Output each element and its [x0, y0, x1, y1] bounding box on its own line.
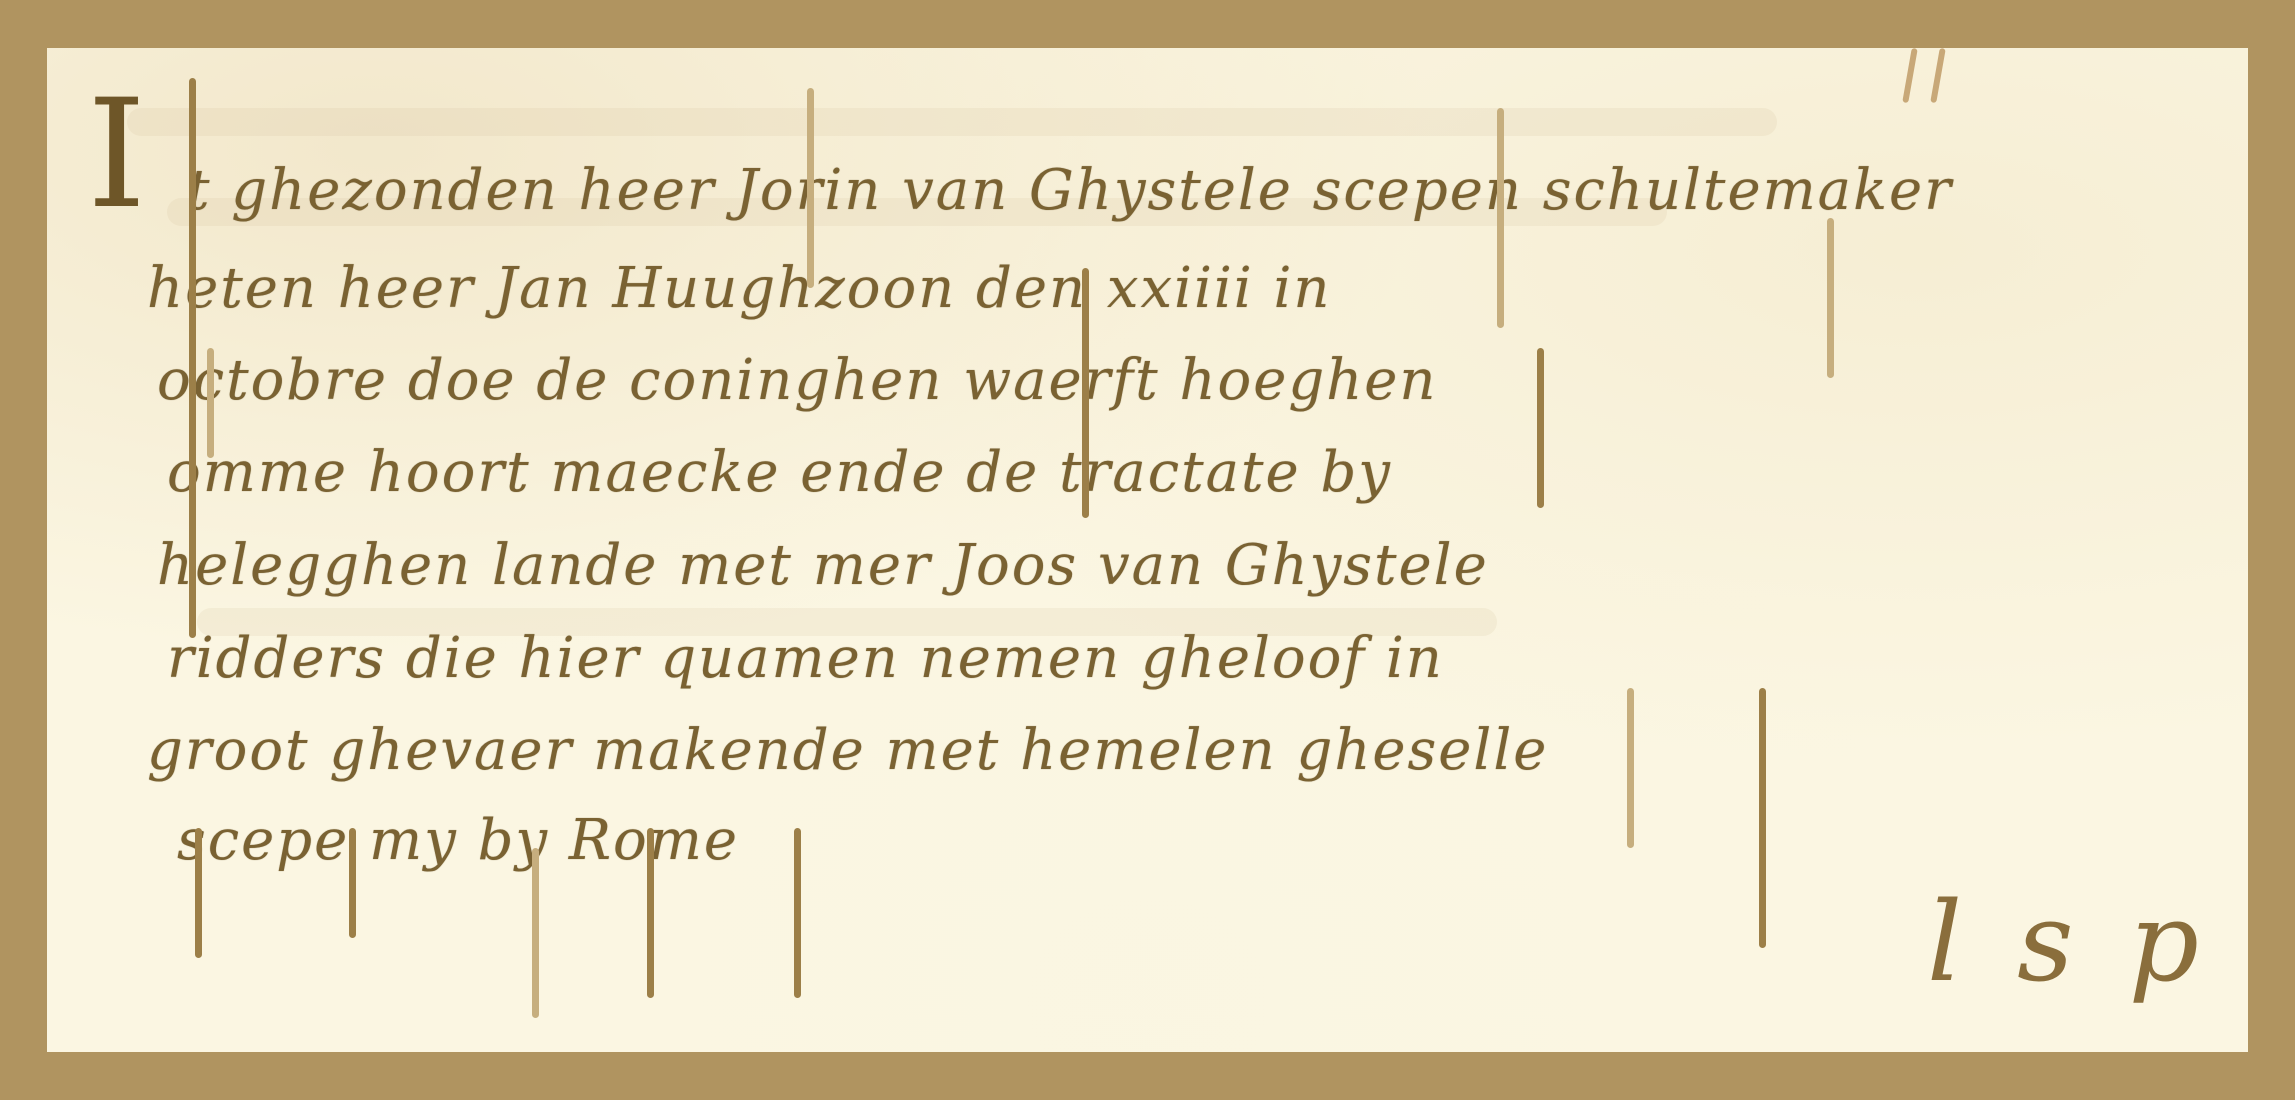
pen-stroke	[207, 348, 214, 458]
show-through-text	[127, 108, 1777, 136]
top-margin-strokes	[1907, 48, 1967, 108]
text-line-3: octobre doe de coninghen waerft hoeghen	[157, 348, 1438, 413]
pen-stroke	[349, 828, 356, 938]
pen-stroke	[1627, 688, 1634, 848]
pen-stroke	[1537, 348, 1544, 508]
pen-stroke	[1759, 688, 1766, 948]
margin-amount: l s p	[1927, 878, 2209, 1006]
pen-stroke	[794, 828, 801, 998]
pen-stroke	[1082, 268, 1089, 518]
text-line-7: groot ghevaer makende met hemelen ghesel…	[147, 718, 1548, 783]
text-line-4: omme hoort maecke ende de tractate by	[167, 440, 1392, 505]
pen-stroke	[195, 828, 202, 958]
pen-stroke	[647, 828, 654, 998]
pen-stroke	[532, 848, 539, 1018]
text-line-8: scepe my by Rome	[177, 808, 739, 873]
pen-stroke	[1497, 108, 1504, 328]
text-line-5: helegghen lande met mer Joos van Ghystel…	[157, 533, 1489, 598]
text-line-6: ridders die hier quamen nemen gheloof in	[167, 626, 1444, 691]
text-line-2: heten heer Jan Huughzoon den xxiiii in	[147, 256, 1331, 321]
pen-stroke	[1827, 218, 1834, 378]
text-line-1: t ghezonden heer Jorin van Ghystele scep…	[187, 158, 1953, 223]
initial-letter: I	[87, 80, 146, 230]
pen-stroke	[807, 88, 814, 288]
manuscript-page: I t ghezonden heer Jorin van Ghystele sc…	[47, 48, 2248, 1052]
initial-stroke	[189, 78, 196, 638]
